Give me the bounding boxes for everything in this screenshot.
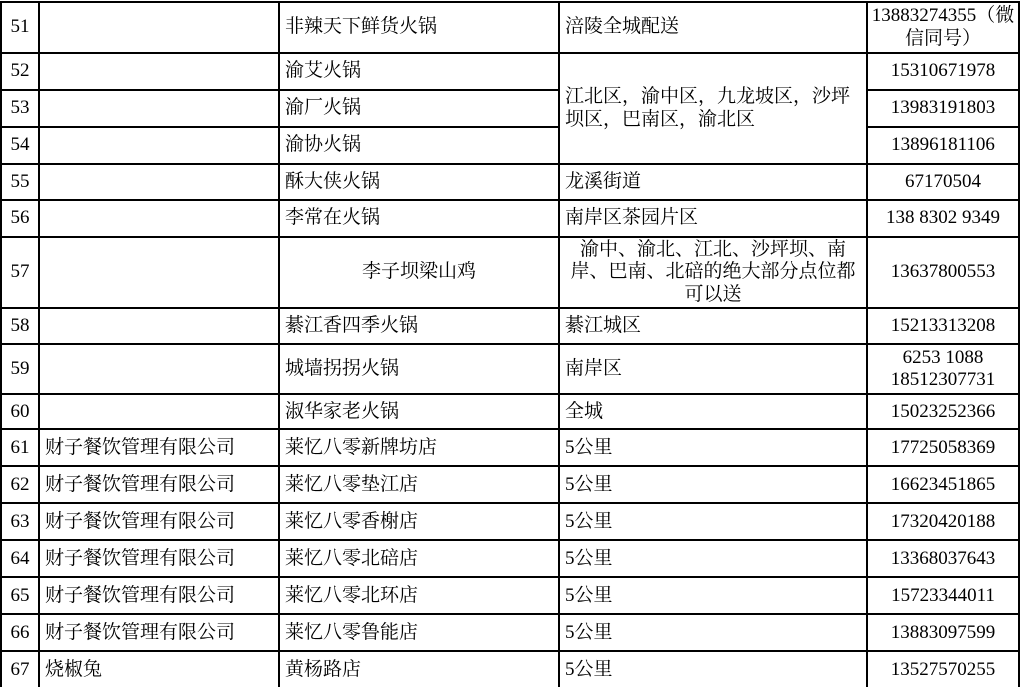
cell-store-name: 莱忆八零新牌坊店 <box>279 429 559 466</box>
cell-company <box>39 308 279 344</box>
table-row: 54 渝协火锅 13896181106 <box>1 127 1019 164</box>
table-row: 53 渝厂火锅 13983191803 <box>1 90 1019 127</box>
cell-row-number: 61 <box>1 429 39 466</box>
cell-store-name: 酥大侠火锅 <box>279 164 559 200</box>
table-row: 60 淑华家老火锅 全城 15023252366 <box>1 394 1019 429</box>
table-row: 58 綦江香四季火锅 綦江城区 15213313208 <box>1 308 1019 344</box>
cell-delivery-area: 綦江城区 <box>559 308 867 344</box>
cell-store-name: 莱忆八零北环店 <box>279 577 559 614</box>
cell-store-name: 渝厂火锅 <box>279 90 559 127</box>
cell-delivery-area: 5公里 <box>559 540 867 577</box>
cell-company <box>39 2 279 53</box>
cell-delivery-area: 5公里 <box>559 614 867 651</box>
cell-phone: 13883097599 <box>867 614 1019 651</box>
table-row: 65 财子餐饮管理有限公司 莱忆八零北环店 5公里 15723344011 <box>1 577 1019 614</box>
table-row: 57 李子坝梁山鸡 渝中、渝北、江北、沙坪坝、南岸、巴南、北碚的绝大部分点位都可… <box>1 237 1019 308</box>
cell-row-number: 55 <box>1 164 39 200</box>
cell-delivery-area: 5公里 <box>559 466 867 503</box>
cell-row-number: 51 <box>1 2 39 53</box>
cell-phone: 13983191803 <box>867 90 1019 127</box>
cell-store-name: 綦江香四季火锅 <box>279 308 559 344</box>
cell-row-number: 64 <box>1 540 39 577</box>
cell-phone: 13368037643 <box>867 540 1019 577</box>
table-row: 64 财子餐饮管理有限公司 莱忆八零北碚店 5公里 13368037643 <box>1 540 1019 577</box>
cell-delivery-area: 龙溪街道 <box>559 164 867 200</box>
cell-company: 财子餐饮管理有限公司 <box>39 429 279 466</box>
table-row: 51 非辣天下鲜货火锅 涪陵全城配送 13883274355（微信同号） <box>1 2 1019 53</box>
cell-store-name: 莱忆八零鲁能店 <box>279 614 559 651</box>
cell-company <box>39 394 279 429</box>
cell-company: 财子餐饮管理有限公司 <box>39 540 279 577</box>
cell-store-name: 李子坝梁山鸡 <box>279 237 559 308</box>
cell-store-name: 莱忆八零香榭店 <box>279 503 559 540</box>
table-row: 62 财子餐饮管理有限公司 莱忆八零垫江店 5公里 16623451865 <box>1 466 1019 503</box>
table-row: 63 财子餐饮管理有限公司 莱忆八零香榭店 5公里 17320420188 <box>1 503 1019 540</box>
cell-phone: 17320420188 <box>867 503 1019 540</box>
cell-row-number: 59 <box>1 344 39 394</box>
cell-company <box>39 90 279 127</box>
cell-row-number: 60 <box>1 394 39 429</box>
cell-company: 烧椒兔 <box>39 651 279 687</box>
cell-company: 财子餐饮管理有限公司 <box>39 614 279 651</box>
cell-company: 财子餐饮管理有限公司 <box>39 577 279 614</box>
cell-delivery-area: 涪陵全城配送 <box>559 2 867 53</box>
cell-delivery-area: 5公里 <box>559 577 867 614</box>
cell-delivery-area: 5公里 <box>559 429 867 466</box>
cell-row-number: 66 <box>1 614 39 651</box>
table-row: 59 城墙拐拐火锅 南岸区 6253 1088 18512307731 <box>1 344 1019 394</box>
cell-phone: 16623451865 <box>867 466 1019 503</box>
table-row: 66 财子餐饮管理有限公司 莱忆八零鲁能店 5公里 13883097599 <box>1 614 1019 651</box>
table-row: 55 酥大侠火锅 龙溪街道 67170504 <box>1 164 1019 200</box>
cell-row-number: 52 <box>1 53 39 90</box>
cell-phone: 13637800553 <box>867 237 1019 308</box>
cell-delivery-area-merged: 江北区，渝中区，九龙坡区，沙坪坝区，巴南区，渝北区 <box>559 53 867 164</box>
table-row: 56 李常在火锅 南岸区茶园片区 138 8302 9349 <box>1 200 1019 237</box>
cell-row-number: 62 <box>1 466 39 503</box>
cell-delivery-area: 渝中、渝北、江北、沙坪坝、南岸、巴南、北碚的绝大部分点位都可以送 <box>559 237 867 308</box>
cell-company <box>39 164 279 200</box>
cell-row-number: 67 <box>1 651 39 687</box>
cell-store-name: 淑华家老火锅 <box>279 394 559 429</box>
cell-phone: 15310671978 <box>867 53 1019 90</box>
cell-row-number: 58 <box>1 308 39 344</box>
table-row: 52 渝艾火锅 江北区，渝中区，九龙坡区，沙坪坝区，巴南区，渝北区 153106… <box>1 53 1019 90</box>
cell-store-name: 渝协火锅 <box>279 127 559 164</box>
table-row: 61 财子餐饮管理有限公司 莱忆八零新牌坊店 5公里 17725058369 <box>1 429 1019 466</box>
cell-store-name: 李常在火锅 <box>279 200 559 237</box>
cell-store-name: 渝艾火锅 <box>279 53 559 90</box>
cell-phone: 13527570255 <box>867 651 1019 687</box>
cell-company <box>39 237 279 308</box>
cell-store-name: 城墙拐拐火锅 <box>279 344 559 394</box>
cell-company: 财子餐饮管理有限公司 <box>39 503 279 540</box>
cell-row-number: 65 <box>1 577 39 614</box>
cell-phone: 138 8302 9349 <box>867 200 1019 237</box>
cell-store-name: 莱忆八零垫江店 <box>279 466 559 503</box>
cell-delivery-area: 南岸区 <box>559 344 867 394</box>
cell-phone: 15023252366 <box>867 394 1019 429</box>
cell-company <box>39 344 279 394</box>
cell-company: 财子餐饮管理有限公司 <box>39 466 279 503</box>
cell-store-name: 非辣天下鲜货火锅 <box>279 2 559 53</box>
cell-company <box>39 127 279 164</box>
cell-delivery-area: 南岸区茶园片区 <box>559 200 867 237</box>
cell-delivery-area: 5公里 <box>559 651 867 687</box>
cell-store-name: 莱忆八零北碚店 <box>279 540 559 577</box>
cell-phone: 17725058369 <box>867 429 1019 466</box>
cell-row-number: 54 <box>1 127 39 164</box>
cell-company <box>39 200 279 237</box>
cell-phone: 13883274355（微信同号） <box>867 2 1019 53</box>
cell-delivery-area: 5公里 <box>559 503 867 540</box>
page: 51 非辣天下鲜货火锅 涪陵全城配送 13883274355（微信同号） 52 … <box>0 0 1024 687</box>
table-row: 67 烧椒兔 黄杨路店 5公里 13527570255 <box>1 651 1019 687</box>
delivery-table: 51 非辣天下鲜货火锅 涪陵全城配送 13883274355（微信同号） 52 … <box>0 1 1020 687</box>
cell-phone: 15723344011 <box>867 577 1019 614</box>
cell-company <box>39 53 279 90</box>
cell-row-number: 63 <box>1 503 39 540</box>
cell-row-number: 53 <box>1 90 39 127</box>
cell-phone: 6253 1088 18512307731 <box>867 344 1019 394</box>
cell-phone: 15213313208 <box>867 308 1019 344</box>
cell-store-name: 黄杨路店 <box>279 651 559 687</box>
cell-phone: 13896181106 <box>867 127 1019 164</box>
cell-phone: 67170504 <box>867 164 1019 200</box>
cell-row-number: 56 <box>1 200 39 237</box>
cell-delivery-area: 全城 <box>559 394 867 429</box>
cell-row-number: 57 <box>1 237 39 308</box>
